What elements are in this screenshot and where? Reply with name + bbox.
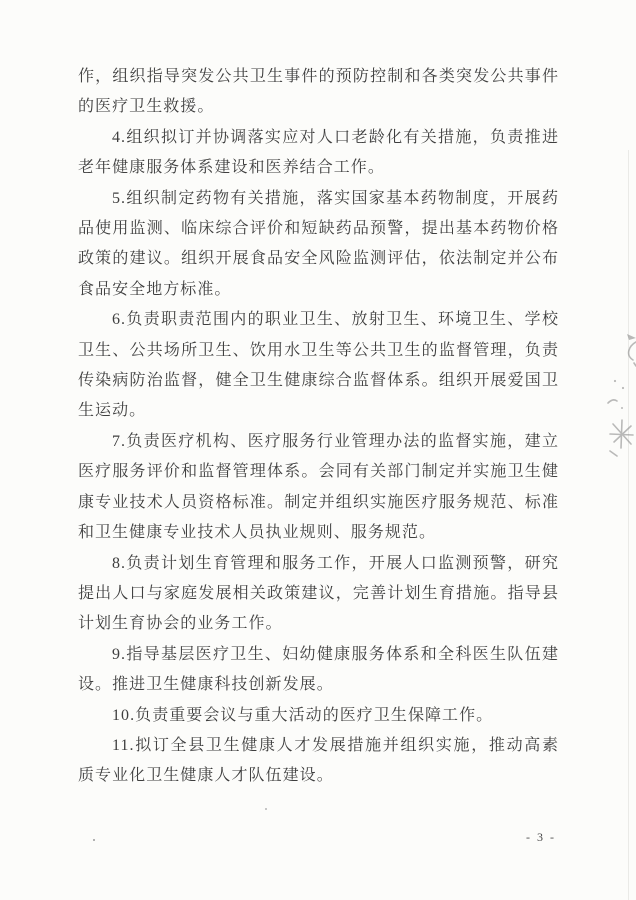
- paragraph: 10.负责重要会议与重大活动的医疗卫生保障工作。: [78, 701, 559, 731]
- scan-speck: [265, 808, 267, 810]
- paragraph: 作，组织指导突发公共卫生事件的预防控制和各类突发公共事件的医疗卫生救援。: [78, 62, 559, 123]
- scan-speck: [93, 839, 95, 841]
- paragraph: 7.负责医疗机构、医疗服务行业管理办法的监督实施，建立医疗服务评价和监督管理体系…: [78, 427, 559, 549]
- scan-edge-line: [628, 150, 629, 900]
- page-number: - 3 -: [506, 830, 576, 845]
- document-body: 作，组织指导突发公共卫生事件的预防控制和各类突发公共事件的医疗卫生救援。4.组织…: [78, 62, 559, 792]
- scanned-page: 作，组织指导突发公共卫生事件的预防控制和各类突发公共事件的医疗卫生救援。4.组织…: [0, 0, 636, 900]
- paragraph: 9.指导基层医疗卫生、妇幼健康服务体系和全科医生队伍建设。推进卫生健康科技创新发…: [78, 640, 559, 701]
- paragraph: 11.拟订全县卫生健康人才发展措施并组织实施，推动高素质专业化卫生健康人才队伍建…: [78, 731, 559, 792]
- scan-artifact-marks: [598, 325, 636, 460]
- paragraph: 4.组织拟订并协调落实应对人口老龄化有关措施，负责推进老年健康服务体系建设和医养…: [78, 123, 559, 184]
- paragraph: 8.负责计划生育管理和服务工作，开展人口监测预警，研究提出人口与家庭发展相关政策…: [78, 549, 559, 640]
- paragraph: 6.负责职责范围内的职业卫生、放射卫生、环境卫生、学校卫生、公共场所卫生、饮用水…: [78, 305, 559, 427]
- paragraph: 5.组织制定药物有关措施，落实国家基本药物制度，开展药品使用监测、临床综合评价和…: [78, 184, 559, 306]
